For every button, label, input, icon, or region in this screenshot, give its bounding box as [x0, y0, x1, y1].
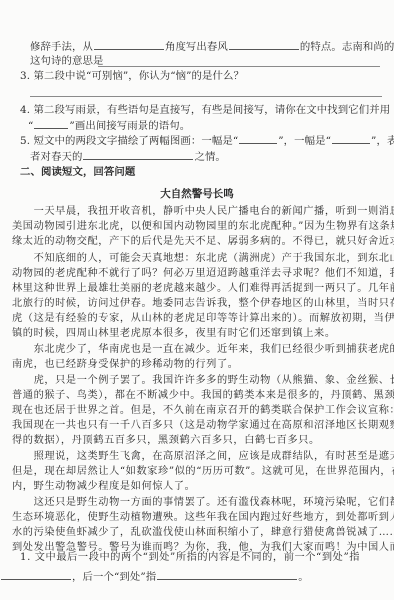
article-line: 但是，现在却居然让人“如数家珍”似的“历历可数”。这就可见，在世界范围内，在中国…: [12, 465, 394, 478]
answer-blank[interactable]: [157, 570, 297, 580]
article-line: 虎，只是一个例子罢了。我国许许多多的野生动物（从熊猫、象、金丝猴、长臂猿，一直到: [12, 374, 394, 387]
article-line: 水的污染使鱼虾减少了，乱砍滥伐使山林面积缩小了，肆意行猎使禽兽锐减了……大自然已: [12, 526, 394, 539]
answer-blank[interactable]: [229, 40, 299, 50]
article-line: 镇的时候，四周山林里老虎原本很多，夜里有时它们还窜到镇上来。: [12, 327, 336, 340]
answer-blank[interactable]: [83, 150, 193, 160]
question-5-line-1: 5. 短文中的两段文字描绘了两幅图画：一幅是“”，一幅是“”，表达了作: [20, 134, 394, 148]
answer-line[interactable]: [30, 96, 382, 97]
article-line: 林里这种世界上最雄壮美丽的老虎越来越少。人们难得再活捉到一两只了。几年前我到东: [12, 282, 394, 295]
article-line: 生态环境恶化，使野生动植物遭殃。这些年我在国内跑过好些地方，到处都听到人们在倾诉…: [12, 511, 394, 524]
q4-quote-open: “: [28, 120, 33, 132]
question-4-line-2: “”画出间接写雨景的语句。: [28, 119, 190, 133]
question-4-line-1: 4. 第二段写雨景，有些语句是直接写，有些是间接写，请你在文中找到它们并用: [20, 104, 390, 117]
article-line: 美国动物园引进东北虎，以便和国内动物园里的东北虎配种。”因为生物界有这条规律——…: [12, 220, 394, 233]
q5-text-e: 之情。: [194, 151, 225, 163]
q5-text-d: 者对春天的: [30, 151, 82, 163]
article-line: 这还只是野生动物一方面的事情罢了。还有滥伐森林呢，环境污染呢，它们都在不断使: [12, 496, 394, 509]
q5-text-a: 5. 短文中的两段文字描绘了两幅图画：一幅是“: [20, 135, 238, 147]
article-line: 照理说，这类野生飞禽，在高原沼泽之间，应该是成群结队，有时甚至是遮天蔽日才对。: [12, 450, 394, 463]
answer-blank[interactable]: [239, 134, 277, 144]
article-line: 得的数据），丹顶鹤五百多只，黑颈鹤六百多只，白鹤七百多只。: [12, 434, 320, 447]
question-2-line-2: 这句诗的意思是: [30, 55, 103, 68]
q2-text-c: 的特点。志南和尚的: [300, 41, 394, 53]
question-3: 3. 第二段中说“可别恼”，你认为“恼”的是什么？: [20, 70, 244, 83]
question-5-line-2: 者对春天的之情。: [30, 150, 226, 164]
answer-blank[interactable]: [94, 40, 164, 50]
q1-text-a: ，后一个“到处”指: [72, 571, 156, 583]
answer-line[interactable]: [98, 66, 380, 67]
article-line: 内，野生动物减少程度是如何惊人了。: [12, 480, 195, 493]
article-line: 我国现在一共也只有一千八百多只（这是动物学家通过在高原和沼泽地区长期观察、计算取: [12, 419, 394, 432]
q2-text-b: 角度写出春风: [165, 41, 228, 53]
article-line: 南虎，也已经跻身受保护的珍稀动物的行列了。: [12, 358, 239, 371]
q2-text-meaning: 这句诗的意思是: [30, 55, 103, 67]
answer-blank[interactable]: [1, 570, 71, 580]
question-1-line-1: 1. 文中最后一段中的两个“到处”所指的内容是不同的，前一个“到处”指: [20, 551, 360, 564]
q5-text-b: ”，一幅是“: [278, 135, 331, 147]
q5-text-c: ”，表达了作: [371, 135, 394, 147]
worksheet-page: 修辞手法，从角度写出春风的特点。志南和尚的 这句诗的意思是 3. 第二段中说“可…: [0, 0, 394, 600]
question-2-line-1: 修辞手法，从角度写出春风的特点。志南和尚的: [30, 40, 394, 54]
article-line: 北旅行的时候，访问过伊春。地委同志告诉我，整个伊春地区的山林里，当时只存下五只东…: [12, 297, 394, 310]
article-line: 现在也还居于世界之首。但是，不久前在南京召开的鹤类联合保护工作会议宣称：这三种鹤…: [12, 404, 394, 417]
q4-text: ”画出间接写雨景的语句。: [69, 120, 190, 132]
article-line: 缘太近的动物交配，产下的后代是先天不足、孱弱多病的。不得已，就只好舍近求远了。: [12, 235, 394, 248]
article-line: 动物园的老虎配种不就行了吗？何必万里迢迢跨越重洋去寻求呢？他们不知道，我们东北山: [12, 267, 394, 280]
article-title: 大自然警号长鸣: [0, 188, 394, 201]
article-line: 一天早晨，我扭开收音机，静听中央人民广播电台的新闻广播，听到一则消息：“我国已从: [12, 205, 394, 218]
article-line: 东北虎少了，华南虎也是一直在减少。近年来，我们已经很少听到捕获老虎的新闻。华: [12, 343, 394, 356]
article-line: 虎（这是有经验的专家，从山林的老虎足印等等计算出来的）。而解放初期，当伊春还是一…: [12, 312, 394, 325]
article-line: 普通的猴子、鸟类），都在不断减少中。我国的鹤类本来是很多的，丹顶鹤、黑颈鹤和白鹤…: [12, 389, 394, 402]
answer-blank[interactable]: [332, 134, 370, 144]
underline-sample: [34, 119, 68, 129]
q1-text-b: 。: [298, 571, 309, 583]
q2-text-a: 修辞手法，从: [30, 41, 93, 53]
article-line: 不知底细的人，可能会天真地想：东北虎（满洲虎）产于我国东北，到东北山林中捕几头和: [12, 252, 394, 265]
section-2-heading: 二、阅读短文，回答问题: [20, 166, 135, 179]
question-1-line-2: ，后一个“到处”指。: [0, 570, 309, 584]
